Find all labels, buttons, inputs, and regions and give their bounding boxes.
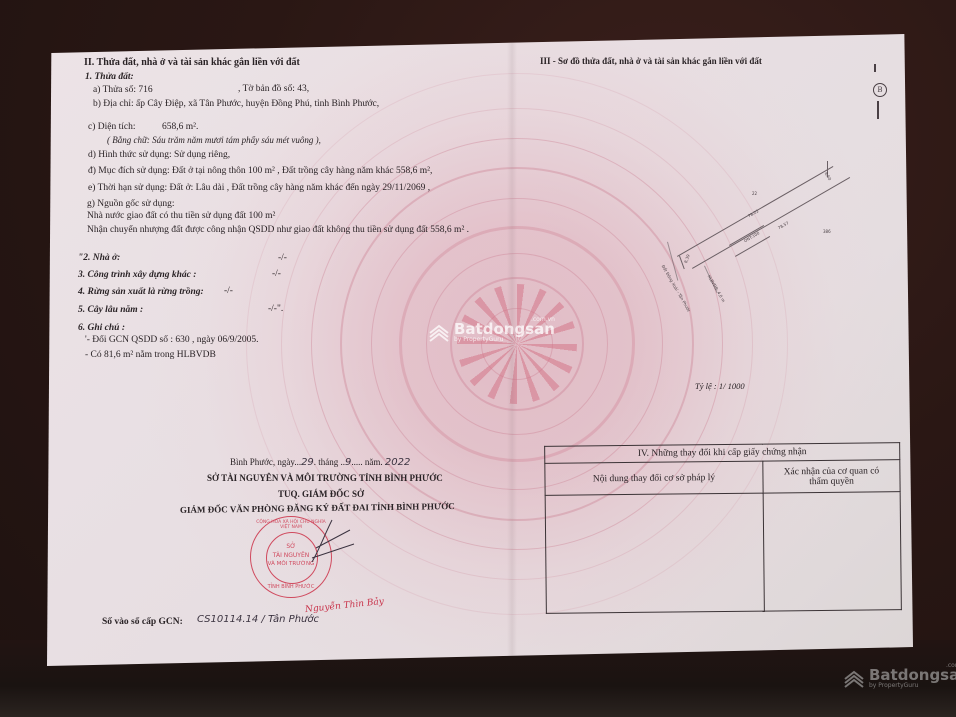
use-purpose: đ) Mục đích sử dụng: Đất ở tại nông thôn… (88, 167, 432, 177)
land-certificate-page: II. Thửa đất, nhà ở và tài sản khác gắn … (47, 34, 913, 666)
batdongsan-logo-icon (428, 324, 450, 342)
changes-col-content: Nội dung thay đổi cơ sở pháp lý (545, 461, 763, 495)
item-perennial-label: 5. Cây lâu năm : (78, 306, 143, 316)
date-year-label: năm (365, 457, 381, 467)
item-planted-forest-value: -/- (224, 287, 233, 297)
date-day: 29 (301, 457, 314, 468)
watermark-corner: .com.vn Batdongsan by PropertyGuru (843, 668, 956, 689)
origin-label: g) Nguồn gốc sử dụng: (87, 200, 174, 210)
changes-table: IV. Những thay đổi khi cấp giấy chứng nh… (544, 442, 902, 614)
use-form: d) Hình thức sử dụng: Sử dụng riêng, (88, 151, 230, 161)
signature-strokes (302, 518, 362, 568)
notes-label: 6. Ghi chú : (78, 324, 125, 334)
authority-proxy: TUQ. GIÁM ĐỐC SỞ (278, 490, 364, 499)
date-month-label: tháng (318, 457, 338, 467)
issue-date-line: Bình Phước, ngày...29. tháng ..9..... nă… (230, 458, 410, 468)
north-marker-icon: B (873, 83, 887, 97)
parcel-number: a) Thửa số: 716 (93, 86, 153, 96)
item-planted-forest-label: 4. Rừng sản xuất là rừng trồng: (78, 288, 204, 298)
section-iii-title: III - Sơ đồ thửa đất, nhà ở và tài sản k… (540, 57, 762, 66)
batdongsan-logo-icon (843, 670, 865, 688)
address: b) Địa chỉ: ấp Cây Điệp, xã Tân Phước, h… (93, 100, 379, 110)
neighbor-right-label: 386 (823, 229, 831, 234)
item-house-label: "2. Nhà ở: (78, 254, 120, 264)
date-prefix: Bình Phước, ngày (230, 457, 294, 467)
changes-cell-content (545, 493, 764, 613)
use-term: e) Thời hạn sử dụng: Đất ở: Lâu dài , Đấ… (88, 184, 430, 194)
origin-line-1: Nhà nước giao đất có thu tiền sử dụng đấ… (87, 212, 275, 222)
neighbor-top-label: 22 (752, 191, 757, 196)
seal-bottom-text: TỈNH BÌNH PHƯỚC (251, 584, 331, 590)
section-ii-title: II. Thửa đất, nhà ở và tài sản khác gắn … (84, 58, 300, 68)
area-value: 658,6 m². (162, 123, 198, 133)
map-sheet-number: , Tờ bản đồ số: 43, (238, 85, 309, 95)
area-label: c) Diện tích: (88, 123, 135, 133)
land-heading: 1. Thửa đất: (85, 73, 134, 83)
changes-col-confirmation: Xác nhận của cơ quan có thẩm quyền (763, 460, 900, 493)
item-perennial-value: -/-". (268, 305, 283, 315)
note-1: '- Đổi GCN QSDD số : 630 , ngày 06/9/200… (85, 336, 259, 346)
origin-line-2: Nhận chuyển nhượng đất được công nhận QS… (87, 226, 469, 236)
edge-bar-mark (877, 101, 879, 119)
item-house-value: -/- (278, 254, 287, 264)
note-2: - Có 81,6 m² nằm trong HLBVDB (85, 351, 216, 361)
changes-cell-confirmation (763, 492, 901, 611)
registry-label: Số vào sổ cấp GCN: (102, 618, 183, 628)
page-fold (507, 34, 517, 666)
item-other-construction-value: -/- (272, 270, 281, 280)
area-in-words: ( Bằng chữ: Sáu trăm năm mươi tám phẩy s… (107, 136, 321, 145)
registry-value: CS10114.14 / Tân Phước (197, 615, 319, 625)
item-other-construction-label: 3. Công trình xây dựng khác : (78, 271, 196, 281)
watermark-center: .com.vn Batdongsan by PropertyGuru (428, 322, 555, 343)
authority-department: SỞ TÀI NGUYÊN VÀ MÔI TRƯỜNG TỈNH BÌNH PH… (207, 474, 443, 483)
scale-label: Tỷ lệ : 1/ 1000 (695, 382, 745, 391)
edge-mark (874, 64, 876, 72)
date-year: 2022 (385, 457, 410, 468)
